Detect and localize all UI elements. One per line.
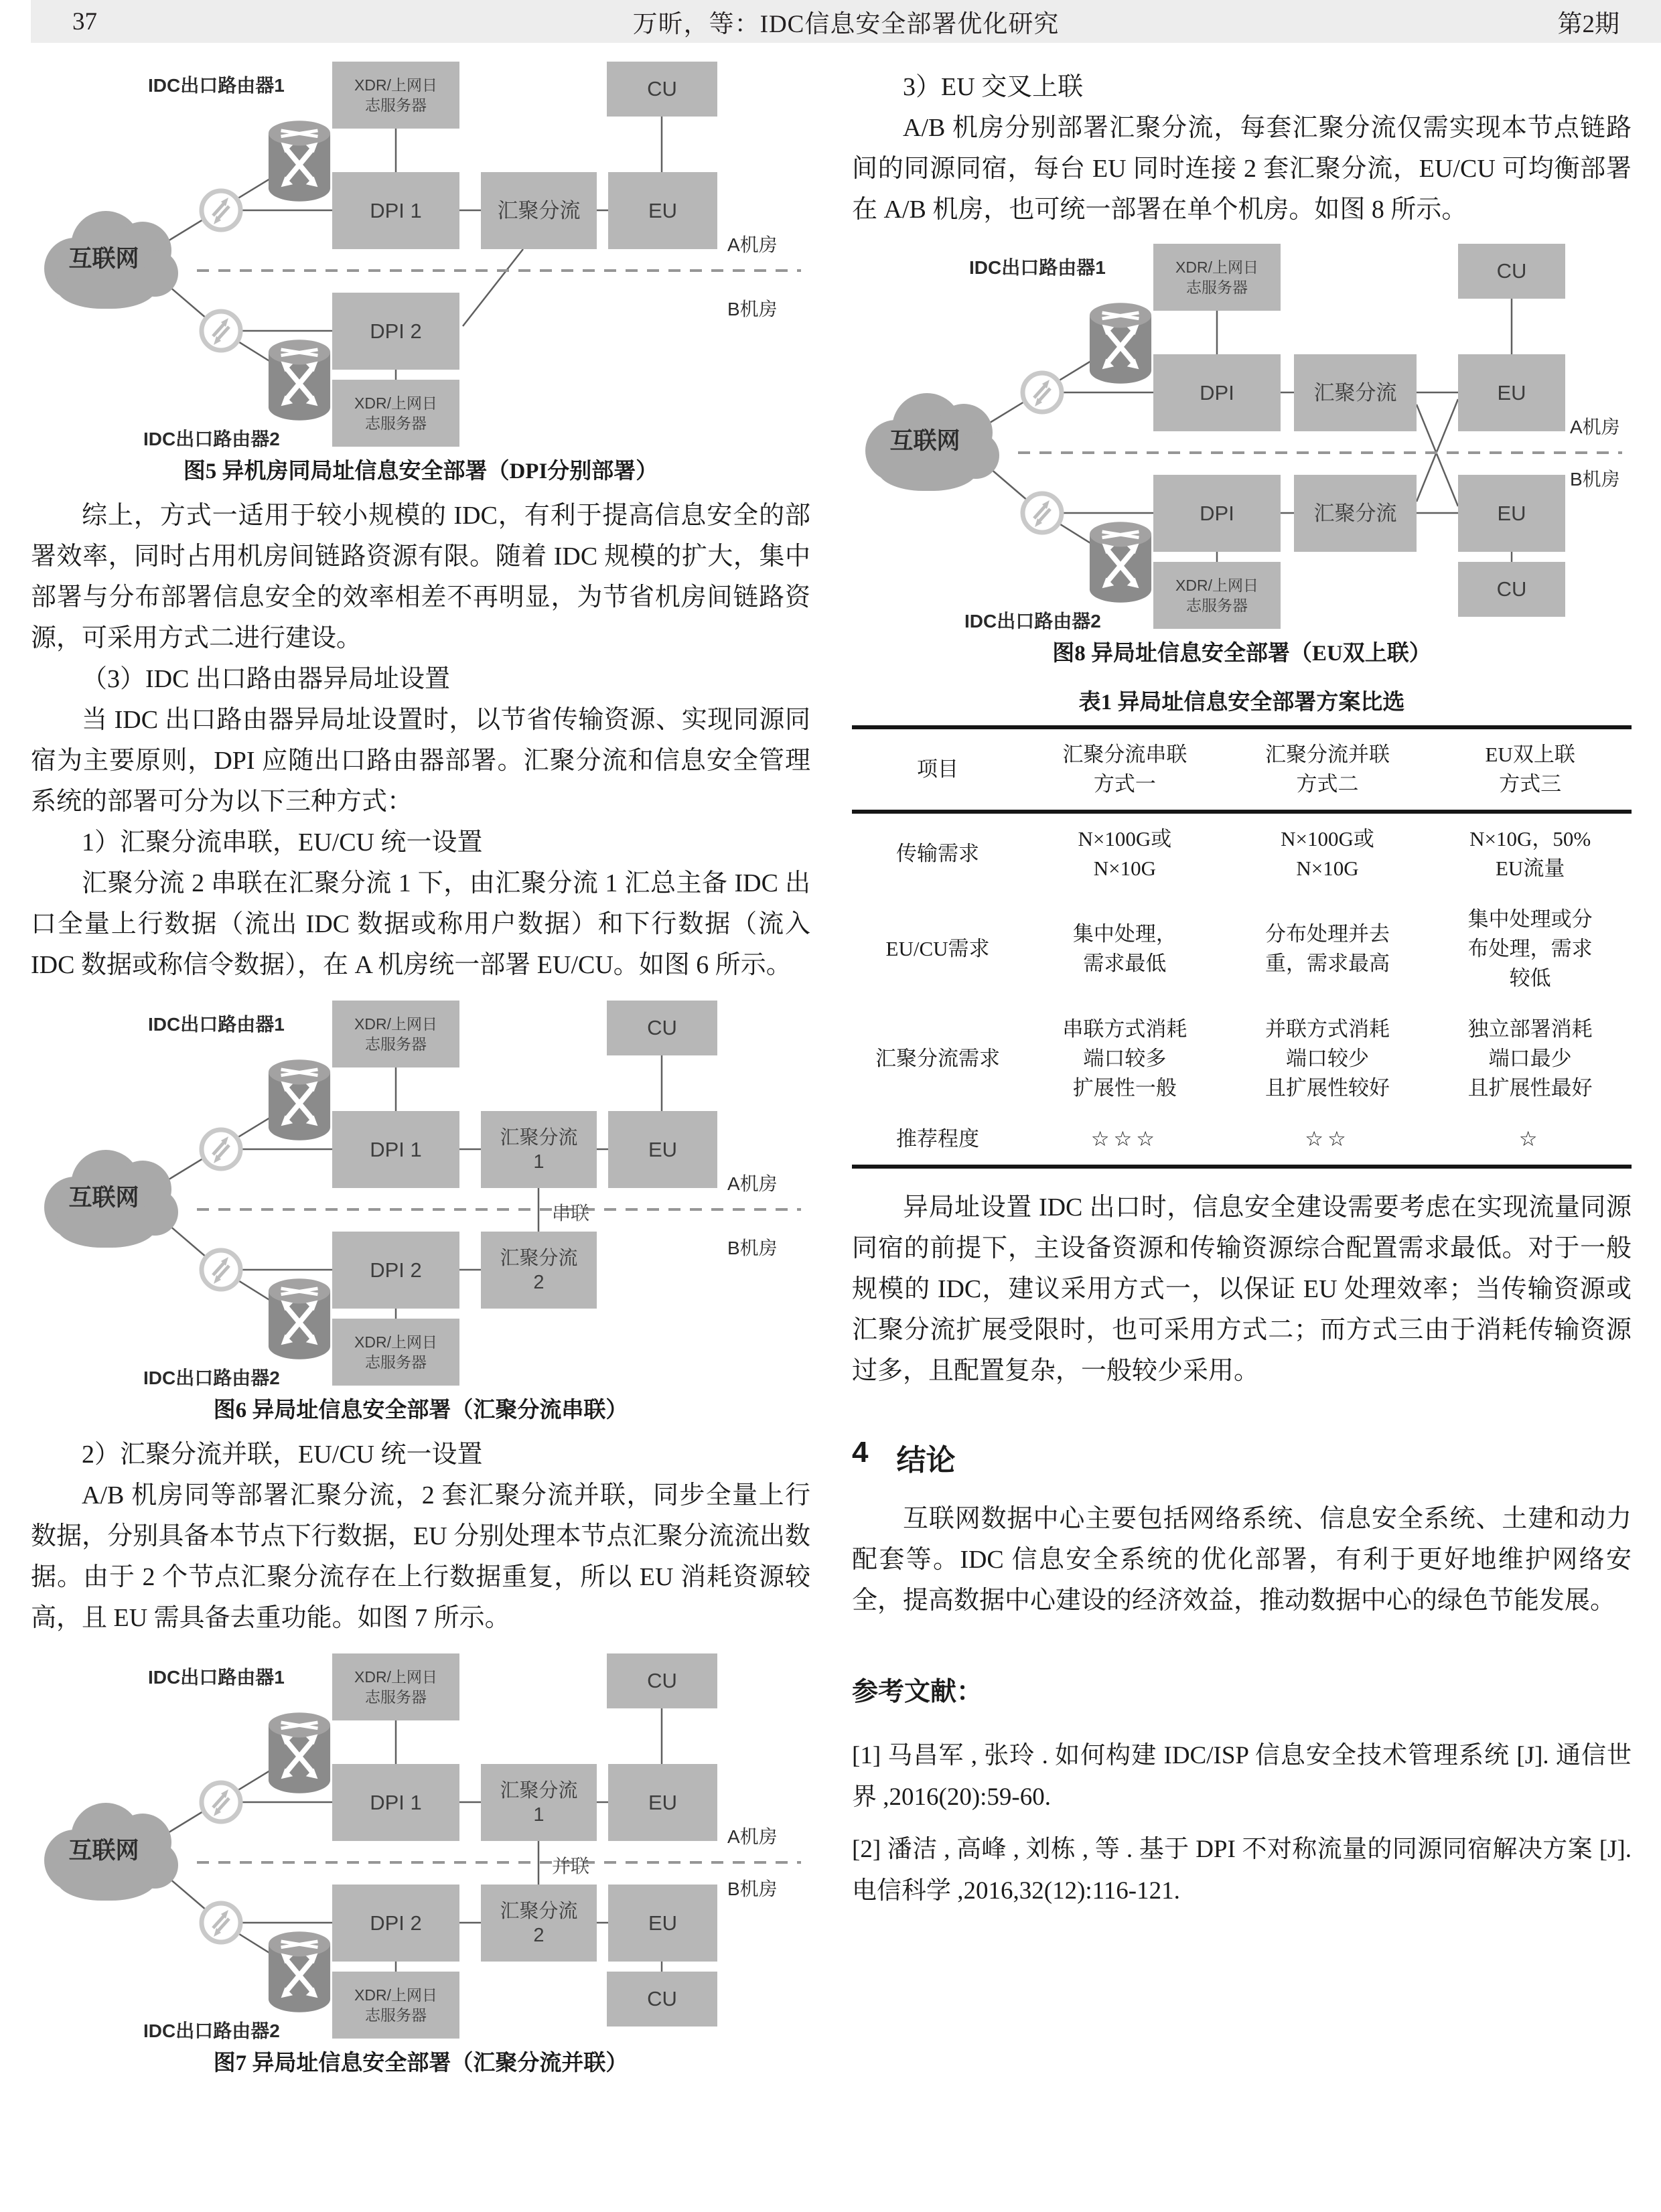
internet-label: 互联网: [54, 240, 154, 274]
dpi1-box: DPI 1: [332, 1111, 459, 1188]
dpi-box: DPI: [1153, 475, 1281, 552]
cu-box: CU: [1458, 244, 1565, 299]
router2-label: IDC出口路由器2: [964, 607, 1101, 634]
paragraph-3: 当 IDC 出口路由器异局址设置时，以节省传输资源、实现同源同宿为主要原则，DP…: [31, 700, 810, 822]
interface-circle-icon: [198, 1779, 244, 1828]
table-cell: 集中处理或分 布处理，需求 较低: [1429, 894, 1632, 1004]
interface-circle-icon: [198, 188, 244, 236]
figure-8-diagram: 互联网 IDC出口路由器1 IDC出口路由器2 XDR/上网日 志服务器 CU …: [852, 244, 1632, 629]
references-heading: 参考文献：: [852, 1671, 1632, 1708]
paragraph-summary: 综上，方式一适用于较小规模的 IDC，有利于提高信息安全的部署效率，同时占用机房…: [31, 496, 810, 659]
eu-box: EU: [608, 172, 717, 249]
rating-stars: ☆☆☆: [1023, 1114, 1226, 1167]
internet-label: 互联网: [54, 1179, 154, 1213]
interface-circle-icon: [198, 1247, 244, 1296]
router-icon: [267, 119, 332, 208]
xdr-server-box: XDR/上网日 志服务器: [1153, 562, 1281, 629]
room-a-label: A机房: [727, 1169, 778, 1196]
figure-5-diagram: 互联网 IDC出口路由器1 IDC出口路由器2 XDR/上网日 志服务器 CU …: [31, 62, 810, 447]
eu-box: EU: [1458, 354, 1565, 431]
dpi-box: DPI: [1153, 354, 1281, 431]
paragraph-mode1: 汇聚分流 2 串联在汇聚分流 1 下，由汇聚分流 1 汇总主备 IDC 出口全量…: [31, 863, 810, 986]
router2-label: IDC出口路由器2: [143, 425, 280, 451]
left-column: 互联网 IDC出口路由器1 IDC出口路由器2 XDR/上网日 志服务器 CU …: [31, 62, 810, 2087]
internet-label: 互联网: [875, 423, 975, 456]
agg-box: 汇聚分流: [481, 172, 597, 249]
eu-box: EU: [608, 1885, 717, 1962]
xdr-server-box: XDR/上网日 志服务器: [332, 1653, 459, 1720]
internet-cloud: 互联网: [860, 381, 1004, 498]
xdr-server-box: XDR/上网日 志服务器: [332, 62, 459, 129]
eu-box: EU: [1458, 475, 1565, 552]
figure-8-caption: 图8 异局址信息安全部署（EU双上联）: [852, 636, 1632, 667]
table-header-cell: 项目: [852, 727, 1023, 812]
table-cell: 并联方式消耗 端口较少 且扩展性较好: [1226, 1004, 1429, 1114]
link-type-label: 并联: [552, 1852, 589, 1878]
issue-number: 第2期: [1558, 3, 1620, 40]
table-1-title: 表1 异局址信息安全部署方案比选: [852, 684, 1632, 716]
figure-7-diagram: 互联网 IDC出口路由器1 IDC出口路由器2 XDR/上网日 志服务器 CU …: [31, 1653, 810, 2039]
internet-label: 互联网: [54, 1832, 154, 1866]
xdr-server-box: XDR/上网日 志服务器: [332, 1319, 459, 1386]
dpi1-box: DPI 1: [332, 172, 459, 249]
router1-label: IDC出口路由器1: [969, 253, 1106, 280]
dpi1-box: DPI 1: [332, 1764, 459, 1841]
interface-circle-icon: [198, 1900, 244, 1949]
table-cell: 汇聚分流需求: [852, 1004, 1023, 1114]
internet-cloud: 互联网: [39, 1791, 183, 1908]
heading-mode1: 1）汇聚分流串联，EU/CU 统一设置: [31, 822, 810, 863]
interface-circle-icon: [198, 308, 244, 357]
router1-label: IDC出口路由器1: [148, 71, 285, 98]
paper-page: 37 万昕，等：IDC信息安全部署优化研究 第2期: [0, 0, 1661, 2212]
router-icon: [267, 1057, 332, 1147]
link-type-label: 串联: [552, 1199, 589, 1226]
agg-box: 汇聚分流: [1294, 354, 1417, 431]
paragraph-mode2: A/B 机房同等部署汇聚分流，2 套汇聚分流并联，同步全量上行数据，分别具备本节…: [31, 1475, 810, 1639]
table-cell: N×10G，50% EU流量: [1429, 812, 1632, 894]
heading-mode2: 2）汇聚分流并联，EU/CU 统一设置: [31, 1434, 810, 1475]
table-cell: N×100G或 N×10G: [1023, 812, 1226, 894]
table-cell: 集中处理， 需求最低: [1023, 894, 1226, 1004]
figure-5-caption: 图5 异机房同局址信息安全部署（DPI分别部署）: [31, 453, 810, 485]
room-b-label: B机房: [727, 1234, 778, 1260]
page-header: 37 万昕，等：IDC信息安全部署优化研究 第2期: [31, 0, 1661, 43]
xdr-server-box: XDR/上网日 志服务器: [332, 380, 459, 447]
room-a-label: A机房: [727, 1822, 778, 1849]
figure-6-diagram: 互联网 IDC出口路由器1 IDC出口路由器2 XDR/上网日 志服务器 CU …: [31, 1001, 810, 1386]
eu-box: EU: [608, 1111, 717, 1188]
router-icon: [267, 338, 332, 427]
heading-3: （3）IDC 出口路由器异局址设置: [31, 659, 810, 700]
router-icon: [267, 1929, 332, 2018]
right-column: 3）EU 交叉上联 A/B 机房分别部署汇聚分流，每套汇聚分流仅需实现本节点链路…: [852, 67, 1632, 1923]
eu-box: EU: [608, 1764, 717, 1841]
xdr-server-box: XDR/上网日 志服务器: [332, 1001, 459, 1067]
dpi2-box: DPI 2: [332, 293, 459, 370]
table-cell: 串联方式消耗 端口较多 扩展性一般: [1023, 1004, 1226, 1114]
paragraph-after-table: 异局址设置 IDC 出口时，信息安全建设需要考虑在实现流量同源同宿的前提下，主设…: [852, 1187, 1632, 1392]
room-a-label: A机房: [1570, 413, 1620, 439]
router-icon: [267, 1710, 332, 1799]
router1-label: IDC出口路由器1: [148, 1663, 285, 1690]
router1-label: IDC出口路由器1: [148, 1010, 285, 1037]
table-header-cell: EU双上联 方式三: [1429, 727, 1632, 812]
xdr-server-box: XDR/上网日 志服务器: [1153, 244, 1281, 311]
internet-cloud: 互联网: [39, 199, 183, 316]
table-header-cell: 汇聚分流并联 方式二: [1226, 727, 1429, 812]
router-icon: [267, 1276, 332, 1366]
interface-circle-icon: [1019, 490, 1065, 539]
dpi2-box: DPI 2: [332, 1885, 459, 1962]
figure-7-caption: 图7 异局址信息安全部署（汇聚分流并联）: [31, 2045, 810, 2077]
page-number: 37: [72, 7, 97, 36]
table-row: 推荐程度 ☆☆☆ ☆☆ ☆: [852, 1114, 1632, 1167]
cu-box: CU: [607, 62, 717, 117]
table-cell: N×100G或 N×10G: [1226, 812, 1429, 894]
paragraph-conclusion: 互联网数据中心主要包括网络系统、信息安全系统、土建和动力配套等。IDC 信息安全…: [852, 1499, 1632, 1621]
dpi2-box: DPI 2: [332, 1232, 459, 1309]
router-icon: [1088, 301, 1153, 390]
reference-item: [2] 潘洁 , 高峰 , 刘栋 , 等 . 基于 DPI 不对称流量的同源同宿…: [852, 1829, 1632, 1912]
table-row: 汇聚分流需求 串联方式消耗 端口较多 扩展性一般 并联方式消耗 端口较少 且扩展…: [852, 1004, 1632, 1114]
table-header-cell: 汇聚分流串联 方式一: [1023, 727, 1226, 812]
section-number: 4: [852, 1436, 868, 1479]
room-a-label: A机房: [727, 230, 778, 257]
section-title: 结论: [896, 1436, 955, 1479]
table-cell: EU/CU需求: [852, 894, 1023, 1004]
xdr-server-box: XDR/上网日 志服务器: [332, 1972, 459, 2039]
cu-box: CU: [607, 1653, 717, 1708]
router2-label: IDC出口路由器2: [143, 2016, 280, 2043]
interface-circle-icon: [1019, 370, 1065, 419]
table-cell: 独立部署消耗 端口最少 且扩展性最好: [1429, 1004, 1632, 1114]
room-b-label: B机房: [727, 1874, 778, 1901]
agg2-box: 汇聚分流 2: [481, 1885, 597, 1962]
running-title: 万昕，等：IDC信息安全部署优化研究: [633, 3, 1060, 40]
comparison-table: 项目 汇聚分流串联 方式一 汇聚分流并联 方式二 EU双上联 方式三 传输需求 …: [852, 725, 1632, 1169]
cu-box: CU: [607, 1001, 717, 1055]
agg2-box: 汇聚分流 2: [481, 1232, 597, 1309]
table-header-row: 项目 汇聚分流串联 方式一 汇聚分流并联 方式二 EU双上联 方式三: [852, 727, 1632, 812]
interface-circle-icon: [198, 1126, 244, 1175]
table-cell: 传输需求: [852, 812, 1023, 894]
heading-mode3: 3）EU 交叉上联: [852, 67, 1632, 108]
cu-box: CU: [607, 1972, 717, 2026]
reference-item: [1] 马昌军 , 张玲 . 如何构建 IDC/ISP 信息安全技术管理系统 […: [852, 1735, 1632, 1818]
rating-stars: ☆: [1429, 1114, 1632, 1167]
agg1-box: 汇聚分流 1: [481, 1764, 597, 1841]
room-b-label: B机房: [727, 295, 778, 321]
router-icon: [1088, 520, 1153, 609]
table-cell: 分布处理并去 重，需求最高: [1226, 894, 1429, 1004]
agg1-box: 汇聚分流 1: [481, 1111, 597, 1188]
section-4-heading: 4 结论: [852, 1436, 1632, 1479]
table-row: 传输需求 N×100G或 N×10G N×100G或 N×10G N×10G，5…: [852, 812, 1632, 894]
agg-box: 汇聚分流: [1294, 475, 1417, 552]
paragraph-mode3: A/B 机房分别部署汇聚分流，每套汇聚分流仅需实现本节点链路间的同源同宿，每台 …: [852, 108, 1632, 230]
figure-6-caption: 图6 异局址信息安全部署（汇聚分流串联）: [31, 1392, 810, 1424]
table-cell: 推荐程度: [852, 1114, 1023, 1167]
table-row: EU/CU需求 集中处理， 需求最低 分布处理并去 重，需求最高 集中处理或分 …: [852, 894, 1632, 1004]
rating-stars: ☆☆: [1226, 1114, 1429, 1167]
internet-cloud: 互联网: [39, 1138, 183, 1255]
router2-label: IDC出口路由器2: [143, 1363, 280, 1390]
cu-box: CU: [1458, 562, 1565, 617]
room-b-label: B机房: [1570, 465, 1620, 492]
